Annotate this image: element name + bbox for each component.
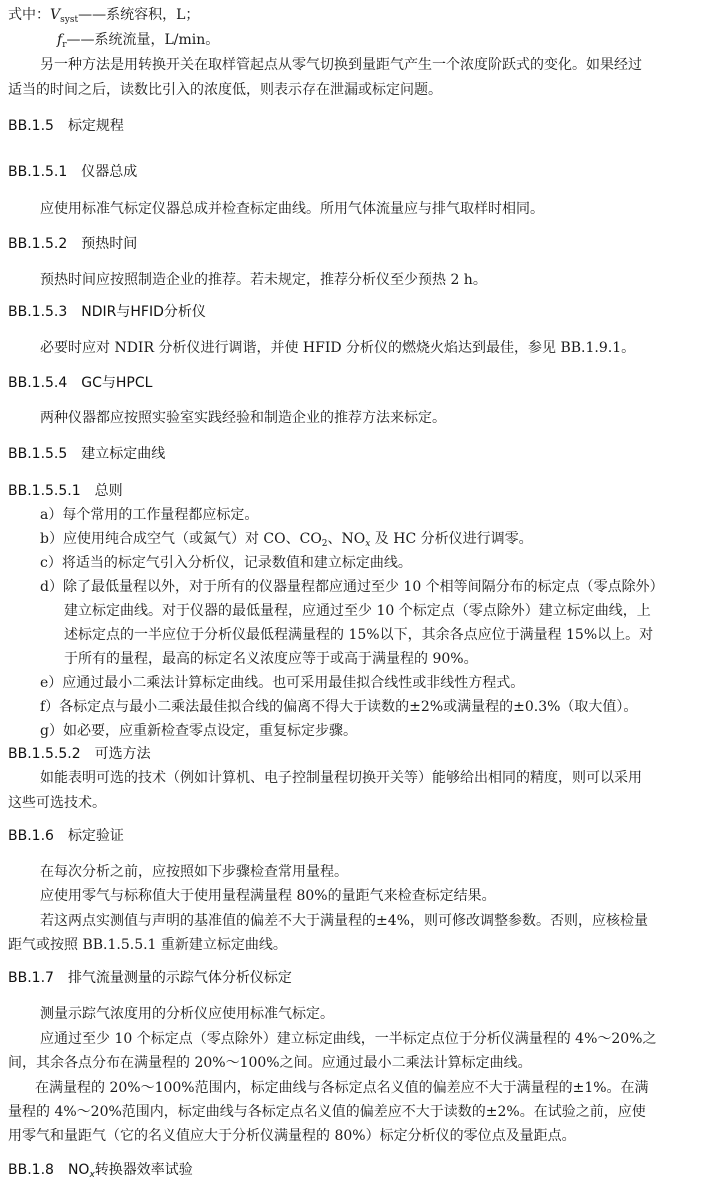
section-number: BB.1.5.5 (8, 444, 67, 464)
list-item-d-line4: 于所有的量程，最高的标定名义浓度应等于或高于满量程的 90%。 (64, 649, 478, 669)
paragraph-line1: 应通过至少 10 个标定点（零点除外）建立标定曲线，一半标定点位于分析仪满量程的… (40, 1029, 657, 1049)
v-subscript: syst (60, 15, 78, 25)
section-title: 标定规程 (68, 118, 124, 134)
formula-legend-v: 式中：Vsyst——系统容积，L； (8, 5, 199, 25)
paragraph-line1: 若这两点实测值与声明的基准值的偏差不大于满量程的±4%，则可修改调整参数。否则，… (40, 911, 648, 931)
v-description: ——系统容积，L； (78, 7, 199, 23)
paragraph: 必要时应对 NDIR 分析仪进行调谐，并使 HFID 分析仪的燃烧火焰达到最佳，… (40, 338, 635, 358)
section-heading-bb-1-8: BB.1.8NOx转换器效率试验 (8, 1160, 193, 1180)
list-item-d-line1: d）除了最低量程以外，对于所有的仪器量程都应通过至少 10 个相等间隔分布的标定… (40, 577, 664, 597)
section-number: BB.1.5.3 (8, 302, 67, 322)
list-item-e: e）应通过最小二乘法计算标定曲线。也可采用最佳拟合线性或非线性方程式。 (40, 673, 524, 693)
section-heading-bb-1-5-5-1: BB.1.5.5.1总则 (8, 481, 123, 501)
section-heading-bb-1-5-5: BB.1.5.5建立标定曲线 (8, 444, 165, 464)
section-heading-bb-1-5-1: BB.1.5.1仪器总成 (8, 162, 137, 182)
section-title: 可选方法 (95, 746, 151, 762)
list-item-b-text: 、NO (328, 531, 366, 547)
paragraph: 两种仪器都应按照实验室实践经验和制造企业的推荐方法来标定。 (40, 408, 446, 428)
section-heading-bb-1-7: BB.1.7排气流量测量的示踪气体分析仪标定 (8, 968, 292, 988)
formula-legend-f: fr——系统流量，L/min。 (57, 30, 219, 50)
paragraph: 测量示踪气浓度用的分析仪应使用标准气标定。 (40, 1004, 334, 1024)
section-title: 预热时间 (81, 236, 137, 252)
section-title: NDIR与HFID分析仪 (81, 304, 206, 320)
f-description: ——系统流量，L/min。 (67, 32, 220, 48)
section-number: BB.1.5.5.2 (8, 744, 81, 764)
paragraph-line1: 如能表明可选的技术（例如计算机、电子控制量程切换开关等）能够给出相同的精度，则可… (40, 768, 642, 788)
section-number: BB.1.5.4 (8, 373, 67, 393)
section-number: BB.1.5.2 (8, 234, 67, 254)
list-item-c: c）将适当的标定气引入分析仪，记录数值和建立标定曲线。 (40, 553, 412, 573)
list-item-b-text: b）应使用纯合成空气（或氮气）对 CO、CO (40, 531, 322, 547)
paragraph: 在每次分析之前，应按照如下步骤检查常用量程。 (40, 862, 348, 882)
paragraph-line3: 用零气和量距气（它的名义值应大于分析仪满量程的 80%）标定分析仪的零位点及量距… (8, 1126, 576, 1146)
legend-prefix: 式中： (8, 7, 50, 23)
section-number: BB.1.5.5.1 (8, 481, 81, 501)
section-title: 总则 (95, 483, 123, 499)
section-title: 排气流量测量的示踪气体分析仪标定 (68, 970, 292, 986)
section-title: 转换器效率试验 (95, 1162, 193, 1178)
list-item-f: f）各标定点与最小二乘法最佳拟合线的偏离不得大于读数的±2%或满量程的±0.3%… (40, 697, 637, 717)
paragraph-line1: 在满量程的 20%～100%范围内，标定曲线与各标定点名义值的偏差应不大于满量程… (35, 1078, 649, 1098)
paragraph-line2: 量程的 4%～20%范围内，标定曲线与各标定点名义值的偏差应不大于读数的±2%。… (8, 1102, 646, 1122)
section-heading-bb-1-5-4: BB.1.5.4GC与HPCL (8, 373, 152, 393)
list-item-b: b）应使用纯合成空气（或氮气）对 CO、CO2、NOx 及 HC 分析仪进行调零… (40, 529, 533, 549)
paragraph: 应使用零气与标称值大于使用量程满量程 80%的量距气来检查标定结果。 (40, 886, 496, 906)
paragraph: 应使用标准气标定仪器总成并检查标定曲线。所用气体流量应与排气取样时相同。 (40, 199, 544, 219)
list-item-g: g）如必要，应重新检查零点设定，重复标定步骤。 (40, 721, 357, 741)
list-item-d-line2: 建立标定曲线。对于仪器的最低量程，应通过至少 10 个标定点（零点除外）建立标定… (64, 601, 651, 621)
section-heading-bb-1-5-3: BB.1.5.3NDIR与HFID分析仪 (8, 302, 206, 322)
section-title: 仪器总成 (81, 164, 137, 180)
section-heading-bb-1-5-5-2: BB.1.5.5.2可选方法 (8, 744, 151, 764)
intro-paragraph-line1: 另一种方法是用转换开关在取样管起点从零气切换到量距气产生一个浓度阶跃式的变化。如… (40, 55, 720, 75)
section-heading-bb-1-6: BB.1.6标定验证 (8, 826, 124, 846)
paragraph-line2: 距气或按照 BB.1.5.5.1 重新建立标定曲线。 (8, 935, 287, 955)
section-number: BB.1.8 (8, 1160, 54, 1180)
section-number: BB.1.6 (8, 826, 54, 846)
intro-paragraph-line2: 适当的时间之后，读数比引入的浓度低，则表示存在泄漏或标定问题。 (8, 80, 442, 100)
section-title: GC与HPCL (81, 375, 152, 391)
section-number: BB.1.5 (8, 116, 54, 136)
list-item-a: a）每个常用的工作量程都应标定。 (40, 505, 258, 525)
section-number: BB.1.7 (8, 968, 54, 988)
list-item-d-line3: 述标定点的一半应位于分析仪最低程满量程的 15%以下，其余各点应位于满量程 15… (64, 625, 653, 645)
section-title: 建立标定曲线 (81, 446, 165, 462)
paragraph: 预热时间应按照制造企业的推荐。若未规定，推荐分析仪至少预热 2 h。 (40, 270, 487, 290)
list-item-b-text: 及 HC 分析仪进行调零。 (370, 531, 532, 547)
section-title: 标定验证 (68, 828, 124, 844)
section-number: BB.1.5.1 (8, 162, 67, 182)
section-title-prefix: NO (68, 1162, 90, 1178)
section-heading-bb-1-5: BB.1.5标定规程 (8, 116, 124, 136)
paragraph-line2: 间，其余各点分布在满量程的 20%～100%之间。应通过最小二乘法计算标定曲线。 (8, 1053, 532, 1073)
v-symbol: V (50, 7, 60, 23)
section-heading-bb-1-5-2: BB.1.5.2预热时间 (8, 234, 137, 254)
paragraph-line2: 这些可选技术。 (8, 793, 106, 813)
